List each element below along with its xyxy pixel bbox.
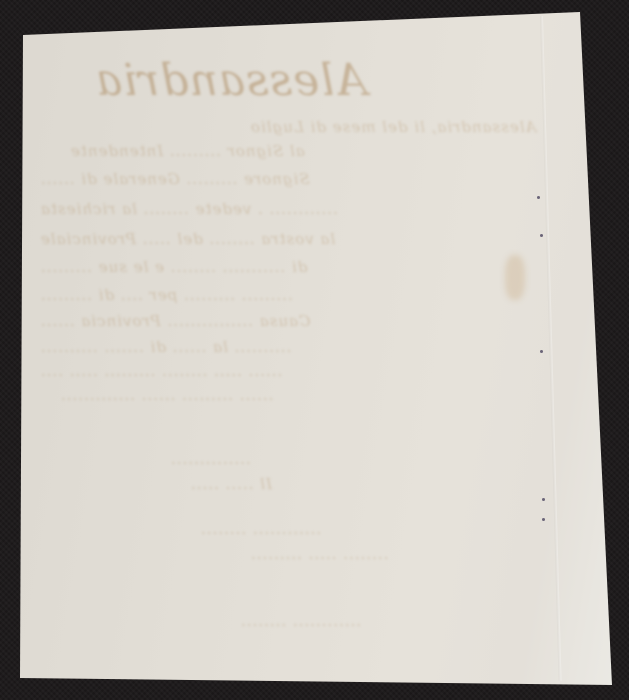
text-line: Causa ............... Provincia ...... [40, 312, 311, 330]
text-line: ...... ..... ........ ......... ..... ..… [40, 362, 282, 380]
closing-line: ........ ..... ......... [250, 545, 388, 563]
text-line: Alessandria, li del mese di Luglio [250, 118, 536, 136]
text-line: di ........... ........ e le sue .......… [40, 258, 307, 276]
text-line: al Signor ......... Intendente [70, 142, 305, 160]
text-line: la vostra ........ del ..... Provinciale [40, 230, 335, 248]
document-title: Alessandria [95, 55, 367, 106]
text-line: ...... ......... ...... ............. [60, 386, 273, 404]
paper-sheet: Alessandria Alessandria, li del mese di … [0, 0, 629, 700]
text-line: ............ . vedete ........ la richie… [40, 200, 338, 218]
text-line: ......... ......... per .... di ........… [40, 286, 293, 304]
closing-line: ............ ........ [240, 612, 361, 630]
ink-stain [505, 255, 525, 300]
text-line: .......... la ...... di ....... ........… [40, 338, 291, 356]
stitch-hole [542, 498, 545, 501]
closing-line: ............ ........ [200, 520, 321, 538]
stitch-hole [537, 196, 540, 199]
stitch-hole [540, 350, 543, 353]
stitch-hole [542, 518, 545, 521]
closing-line: Il ..... ..... [190, 475, 272, 493]
stitch-hole [540, 234, 543, 237]
closing-line: .............. [170, 450, 251, 468]
text-line: Signore ......... Generale di ...... [40, 170, 310, 188]
